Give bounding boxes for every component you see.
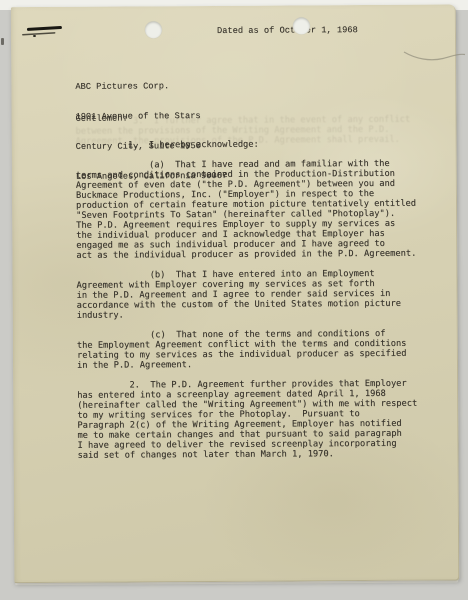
salutation: Gentlemen: [75, 113, 127, 123]
body-text: 1. I hereby acknowledge: (a) That I have… [76, 138, 418, 460]
punch-hole-icon [145, 21, 162, 38]
punch-hole-icon [293, 17, 310, 34]
ink-speck-icon [33, 35, 36, 37]
photo-backdrop: 3. I further agree that in the event of … [0, 0, 468, 600]
edge-speck-icon [1, 38, 4, 45]
recipient-line: ABC Pictures Corp. [75, 81, 226, 92]
document-page: 3. I further agree that in the event of … [11, 4, 460, 583]
ink-mark-icon [27, 26, 62, 31]
date-line: Dated as of October 1, 1968 [217, 25, 358, 36]
